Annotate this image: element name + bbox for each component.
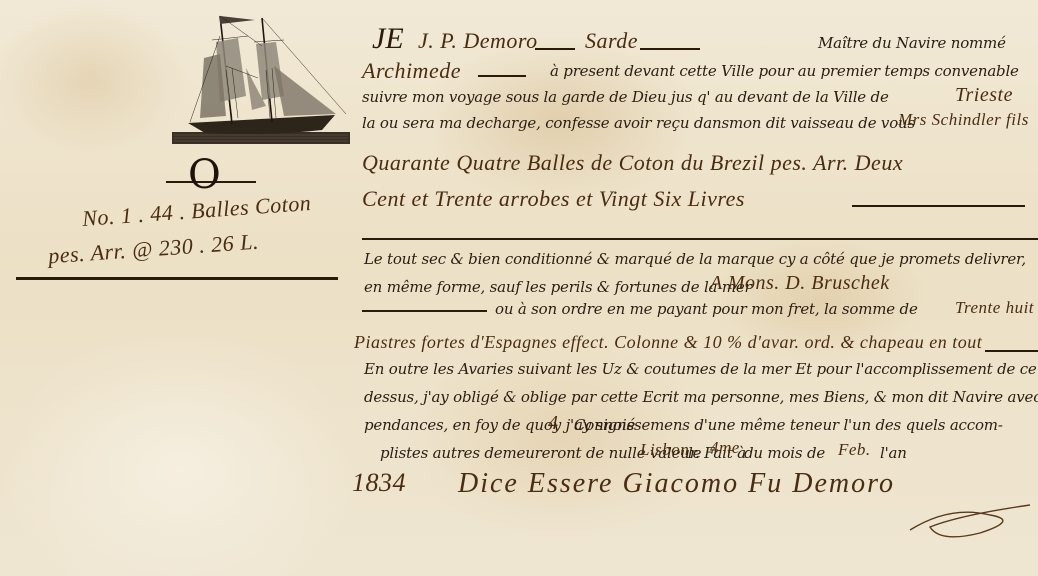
day-of-month: 4me	[710, 438, 740, 458]
month: Feb.	[838, 440, 871, 460]
printed-present-before-city: à present devant cette Ville pour au pre…	[550, 62, 1019, 80]
printed-obligation: dessus, j'ay obligé & oblige par cette E…	[364, 388, 1038, 406]
year: 1834	[352, 468, 406, 498]
signature-flourish	[760, 475, 1038, 545]
section-divider	[362, 238, 1038, 240]
printed-du-mois: du mois de	[744, 444, 825, 462]
blank-rule	[362, 310, 487, 312]
opening-word: JE	[372, 22, 404, 56]
captain-name: J. P. Demoro	[418, 28, 538, 54]
printed-discharge-acknowledgment: la ou sera ma decharge, confesse avoir r…	[362, 114, 915, 132]
consignee-name: A Mons. D. Bruschek	[710, 272, 890, 295]
destination-city: Trieste	[955, 84, 1013, 107]
printed-order-payment: ou à son ordre en me payant pour mon fre…	[495, 300, 918, 318]
ship-name: Archimede	[362, 58, 461, 84]
printed-bills-identical: Connoissemens d'une même teneur l'un des…	[574, 416, 1003, 434]
printed-le: le	[688, 444, 701, 462]
cargo-line-2: Cent et Trente arrobes et Vingt Six Livr…	[362, 186, 745, 212]
printed-lan: l'an	[880, 444, 907, 462]
cargo-mark: O	[188, 152, 221, 198]
printed-averages-customs: En outre les Avaries suivant les Uz & co…	[364, 360, 1038, 378]
freight-amount-2: Piastres fortes d'Espagnes effect. Colon…	[354, 332, 982, 353]
blank-rule	[985, 350, 1038, 352]
printed-condition-statement: Le tout sec & bien conditionné & marqué …	[364, 250, 1026, 268]
place-of-signing: Lisbon	[640, 440, 689, 460]
shipper-name: Mrs Schindler fils	[898, 110, 1029, 130]
cargo-line-1: Quarante Quatre Balles de Coton du Brezi…	[362, 150, 903, 176]
number-of-copies: 4	[548, 412, 559, 435]
blank-rule	[535, 48, 575, 50]
sailing-ship-illustration	[160, 6, 360, 146]
captain-nationality: Sarde	[585, 28, 638, 54]
printed-master-of-ship: Maître du Navire nommé	[818, 34, 1006, 52]
printed-perils-of-sea: en même forme, sauf les perils & fortune…	[364, 278, 752, 296]
printed-continue-voyage: suivre mon voyage sous la garde de Dieu …	[362, 88, 889, 106]
freight-amount-1: Trente huit	[955, 298, 1034, 318]
blank-rule	[478, 75, 526, 77]
margin-underline	[16, 277, 338, 280]
blank-rule	[852, 205, 1025, 207]
blank-rule	[640, 48, 700, 50]
